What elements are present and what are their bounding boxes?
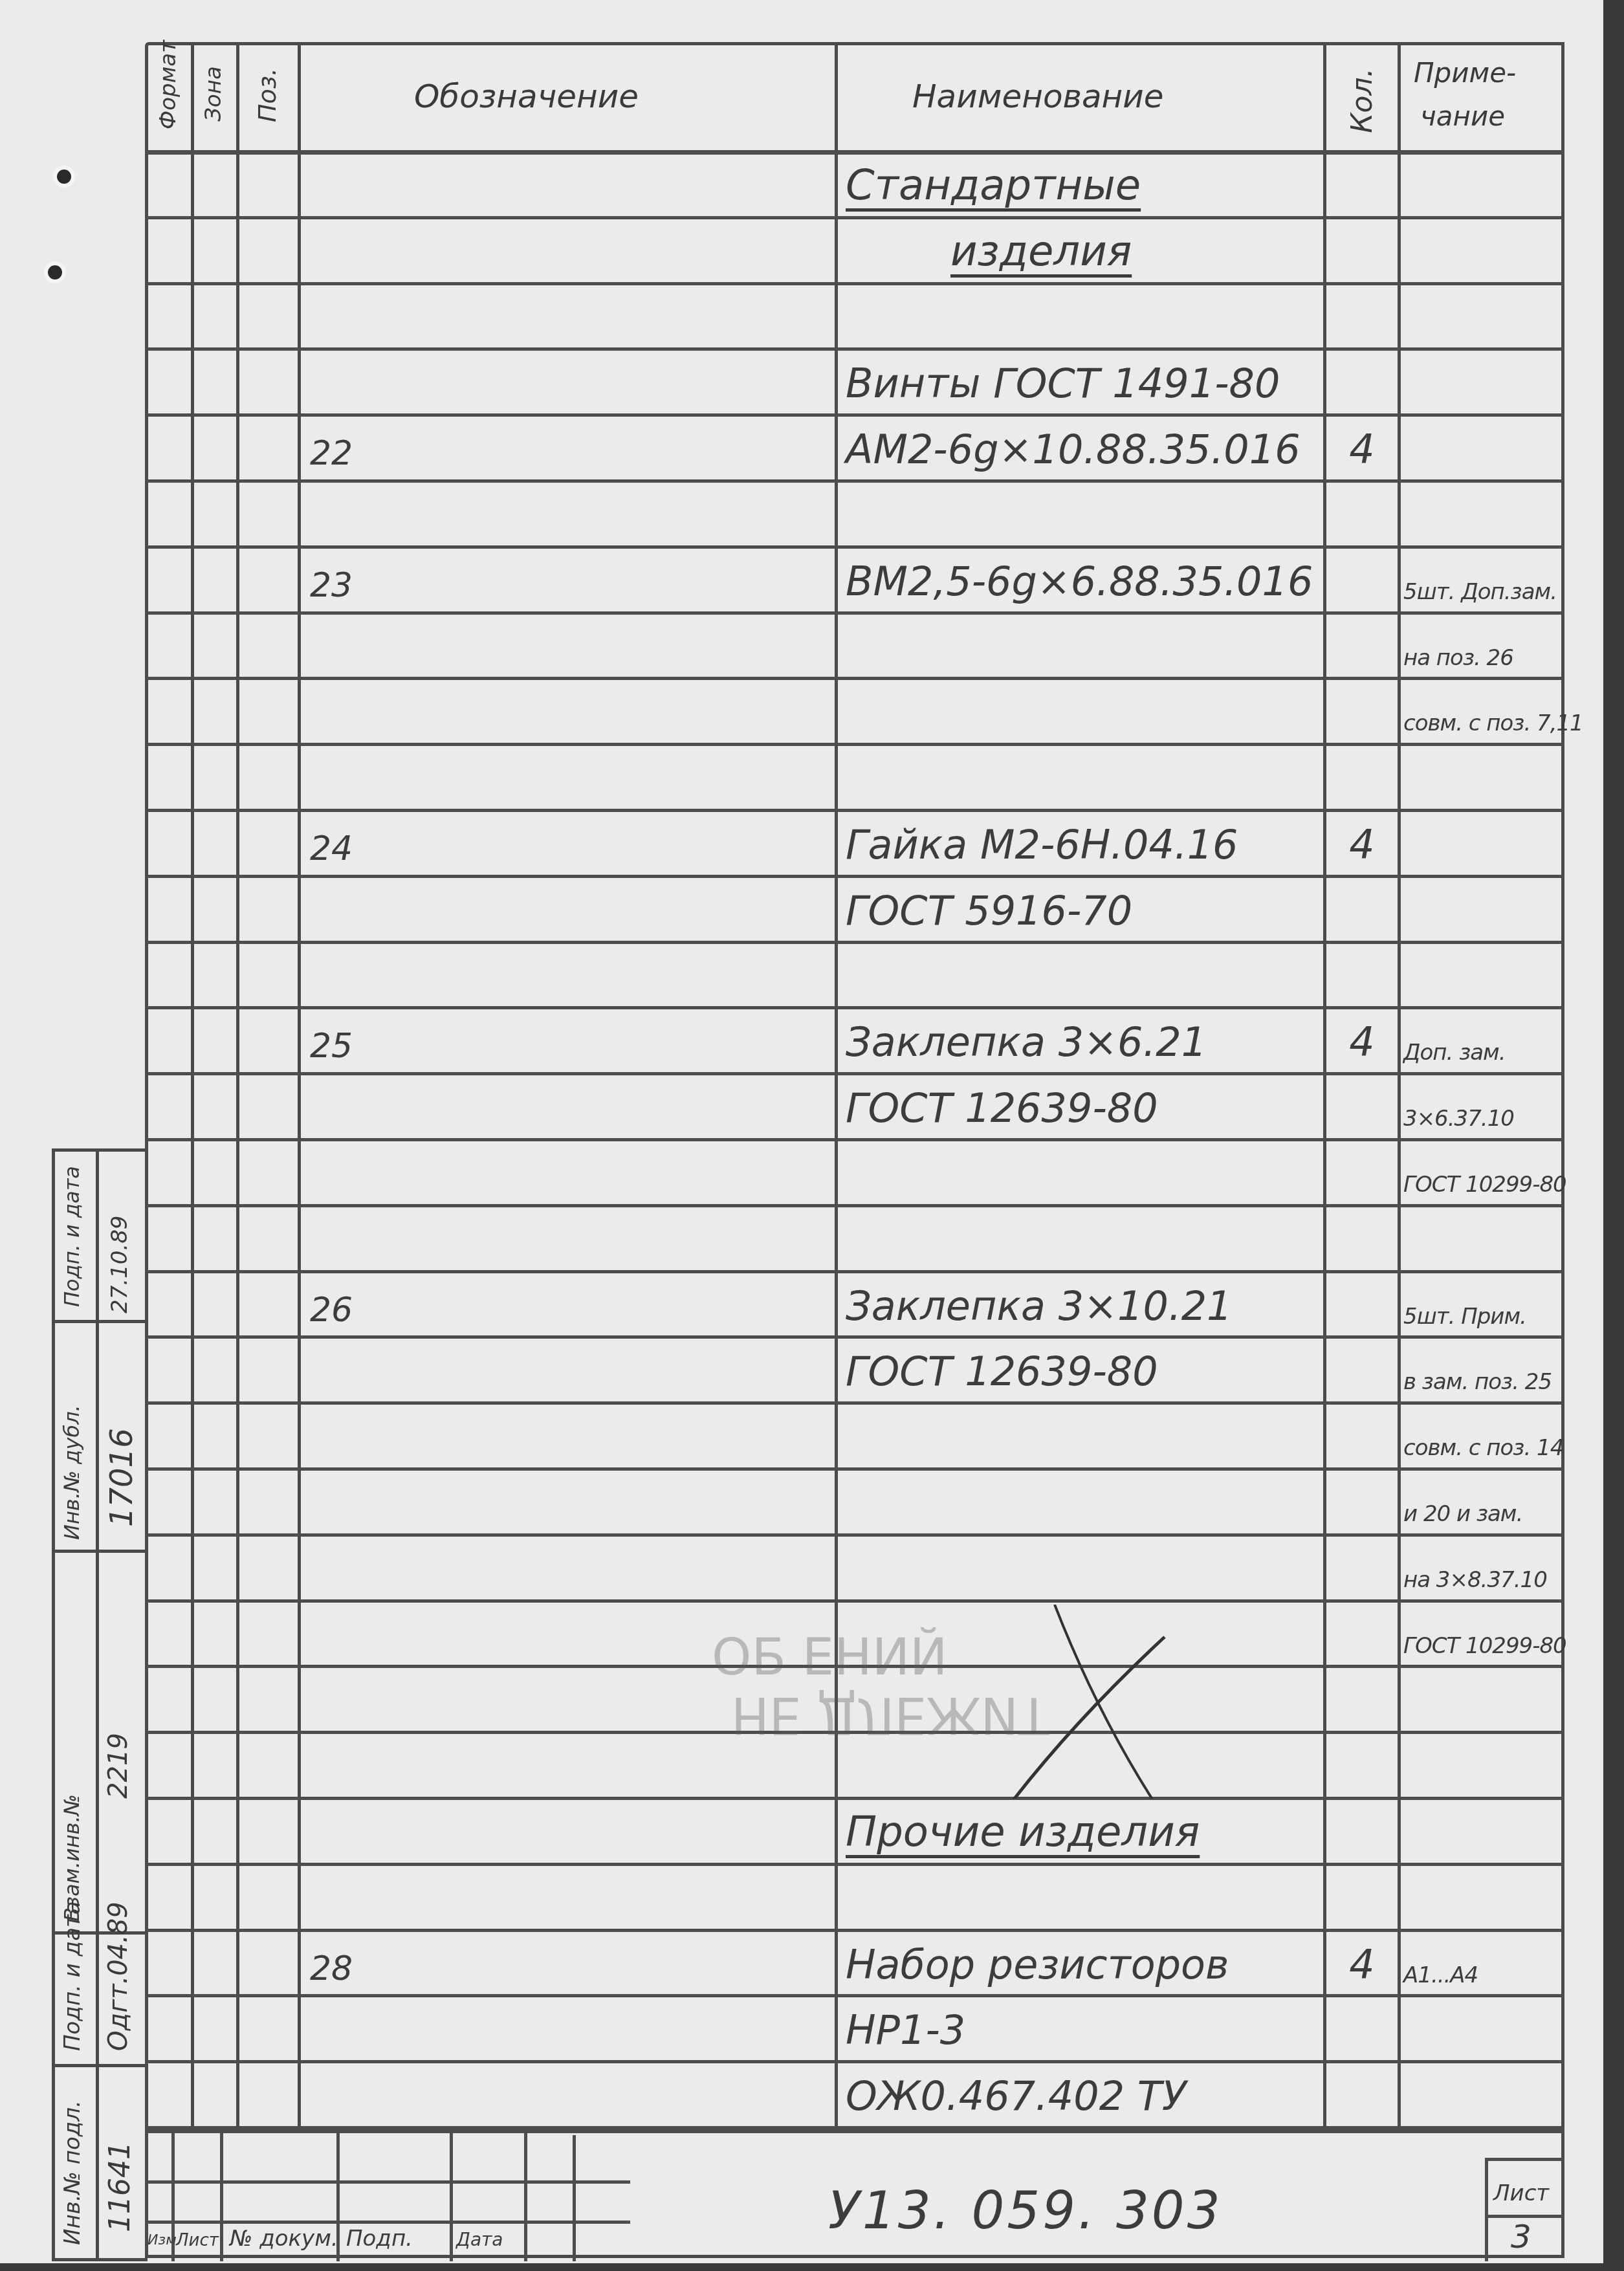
position-cell [301, 1996, 362, 2061]
side-value-replace-inv: 2219 [104, 1733, 133, 1799]
position-cell: 22 [301, 415, 362, 481]
note-cell [1401, 349, 1563, 415]
note-cell [1401, 415, 1563, 481]
quantity-cell [1326, 481, 1398, 547]
note-cell [1401, 1996, 1563, 2061]
name-cell: Заклепка 3×6.21 [840, 1008, 1322, 1073]
note-cell [1401, 218, 1563, 283]
table-row [148, 284, 1561, 349]
note-cell: Доп. зам. [1401, 1008, 1563, 1073]
name-cell [840, 1140, 1322, 1205]
position-cell: 24 [301, 811, 362, 876]
table-row: 26Заклепка 3×10.215шт. Прим. [148, 1272, 1561, 1337]
note-cell [1401, 152, 1563, 217]
quantity-cell [1326, 2062, 1398, 2127]
position-cell [301, 1865, 362, 1930]
position-cell [301, 284, 362, 349]
position-cell [301, 745, 362, 810]
title-block-row [145, 2180, 630, 2184]
quantity-cell: 4 [1326, 1931, 1398, 1996]
note-cell [1401, 2062, 1563, 2127]
note-cell [1401, 811, 1563, 876]
position-cell [301, 1140, 362, 1205]
header-position: Поз. [253, 60, 281, 131]
header-note-line1: Приме- [1414, 57, 1516, 89]
note-cell: и 20 и зам. [1401, 1469, 1563, 1535]
table-row: и 20 и зам. [148, 1469, 1561, 1535]
side-value-inv-dup: 17016 [104, 1428, 140, 1527]
table-row: ГОСТ 10299-80 [148, 1140, 1561, 1205]
side-strip-divider [96, 1148, 99, 2261]
quantity-cell [1326, 349, 1398, 415]
sheet-box-top [1485, 2158, 1564, 2161]
table-row [148, 1667, 1561, 1732]
quantity-cell [1326, 1667, 1398, 1732]
note-cell: ГОСТ 10299-80 [1401, 1140, 1563, 1205]
header-format: Формат [155, 58, 181, 129]
name-cell: изделия [840, 218, 1322, 283]
table-row: 28Набор резисторов4А1...А4 [148, 1931, 1561, 1996]
position-cell [301, 1733, 362, 1798]
quantity-cell [1326, 1206, 1398, 1271]
position-cell: 28 [301, 1931, 362, 1996]
position-cell [301, 1667, 362, 1732]
side-label-replace-inv: Взам.инв.№ [60, 1794, 84, 1922]
quantity-cell [1326, 152, 1398, 217]
title-label-signature: Подп. [346, 2226, 413, 2252]
name-cell [840, 1865, 1322, 1930]
position-cell [301, 613, 362, 679]
table-row: ГОСТ 12639-80в зам. поз. 25 [148, 1337, 1561, 1403]
quantity-cell [1326, 745, 1398, 810]
name-cell [840, 745, 1322, 810]
table-row: 22АМ2-6g×10.88.35.0164 [148, 415, 1561, 481]
table-row [148, 943, 1561, 1008]
table-row: изделия [148, 218, 1561, 283]
side-stamp-strip [52, 1148, 148, 2261]
note-cell: 5шт. Прим. [1401, 1272, 1563, 1337]
name-cell: ГОСТ 12639-80 [840, 1337, 1322, 1403]
position-cell [301, 679, 362, 744]
table-row: Прочие изделия [148, 1799, 1561, 1864]
position-cell [301, 1337, 362, 1403]
table-row [148, 1733, 1561, 1798]
quantity-cell [1326, 1601, 1398, 1667]
quantity-cell [1326, 1337, 1398, 1403]
table-row: 25Заклепка 3×6.214Доп. зам. [148, 1008, 1561, 1073]
note-cell [1401, 1667, 1563, 1732]
note-cell [1401, 481, 1563, 547]
name-cell: Стандартные [840, 152, 1322, 217]
note-cell [1401, 1733, 1563, 1798]
quantity-cell [1326, 679, 1398, 744]
sheet-label: Лист [1493, 2180, 1549, 2206]
name-cell: Заклепка 3×10.21 [840, 1272, 1322, 1337]
name-cell: НР1-3 [840, 1996, 1322, 2061]
title-label-doc-number: № докум. [230, 2226, 338, 2252]
note-cell: в зам. поз. 25 [1401, 1337, 1563, 1403]
quantity-cell [1326, 1469, 1398, 1535]
note-cell [1401, 1206, 1563, 1271]
note-cell [1401, 1865, 1563, 1930]
name-cell [840, 1601, 1322, 1667]
table-row: Стандартные [148, 152, 1561, 217]
header-qty: Кол. [1346, 59, 1379, 143]
note-cell: 3×6.37.10 [1401, 1074, 1563, 1139]
header-designation: Обозначение [414, 78, 639, 115]
table-row: ГОСТ 12639-803×6.37.10 [148, 1074, 1561, 1139]
name-cell [840, 1403, 1322, 1469]
quantity-cell: 4 [1326, 1008, 1398, 1073]
position-cell [301, 1601, 362, 1667]
name-cell: ВМ2,5-6g×6.88.35.016 [840, 547, 1322, 613]
name-cell: Гайка М2-6Н.04.16 [840, 811, 1322, 876]
name-cell [840, 1733, 1322, 1798]
name-cell: ОЖ0.467.402 ТУ [840, 2062, 1322, 2127]
punch-hole [48, 265, 62, 280]
header-note-line2: чание [1420, 100, 1505, 132]
title-label-sheet: Лист [176, 2231, 219, 2250]
position-cell [301, 1206, 362, 1271]
side-value-sign-date-2: 27.10.89 [107, 1216, 133, 1313]
quantity-cell: 4 [1326, 811, 1398, 876]
title-block-col [450, 2129, 453, 2261]
title-block-top [145, 2129, 1564, 2133]
name-cell [840, 943, 1322, 1008]
title-label-date: Дата [456, 2229, 503, 2250]
table-row: на поз. 26 [148, 613, 1561, 679]
table-row [148, 1206, 1561, 1271]
quantity-cell [1326, 877, 1398, 942]
table-row [148, 1865, 1561, 1930]
note-cell: на 3×8.37.10 [1401, 1535, 1563, 1601]
position-cell [301, 1799, 362, 1864]
note-cell [1401, 877, 1563, 942]
name-cell [840, 1206, 1322, 1271]
table-row [148, 481, 1561, 547]
document-designation: У13. 059. 303 [828, 2180, 1223, 2241]
quantity-cell [1326, 1403, 1398, 1469]
name-cell [840, 613, 1322, 679]
table-row: Винты ГОСТ 1491-80 [148, 349, 1561, 415]
name-cell: ГОСТ 5916-70 [840, 877, 1322, 942]
title-block-col [524, 2129, 527, 2261]
note-cell [1401, 284, 1563, 349]
side-label-inv-dup: Инв.№ дубл. [60, 1405, 84, 1540]
sheet-number: 3 [1511, 2218, 1531, 2255]
side-strip-cell-divider [52, 1320, 148, 1323]
title-block-row [145, 2221, 630, 2224]
note-cell: 5шт. Доп.зам. [1401, 547, 1563, 613]
quantity-cell [1326, 1074, 1398, 1139]
side-label-inv-orig: Инв.№ подл. [60, 2100, 85, 2245]
table-row: на 3×8.37.10 [148, 1535, 1561, 1601]
side-strip-cell-divider [52, 2064, 148, 2067]
position-cell: 25 [301, 1008, 362, 1073]
quantity-cell [1326, 613, 1398, 679]
position-cell [301, 877, 362, 942]
side-value-inv-orig: 11641 [104, 2142, 137, 2232]
name-cell [840, 679, 1322, 744]
position-cell [301, 1535, 362, 1601]
table-row: НР1-3 [148, 1996, 1561, 2061]
table-row: ГОСТ 5916-70 [148, 877, 1561, 942]
header-name: Наименование [912, 78, 1164, 115]
note-cell [1401, 745, 1563, 810]
name-cell: АМ2-6g×10.88.35.016 [840, 415, 1322, 481]
side-strip-cell-divider [52, 1550, 148, 1553]
quantity-cell [1326, 1865, 1398, 1930]
name-cell: Винты ГОСТ 1491-80 [840, 349, 1322, 415]
name-cell [840, 1535, 1322, 1601]
quantity-cell [1326, 1799, 1398, 1864]
note-cell: ГОСТ 10299-80 [1401, 1601, 1563, 1667]
name-cell [840, 284, 1322, 349]
position-cell [301, 1469, 362, 1535]
position-cell [301, 218, 362, 283]
quantity-cell [1326, 1535, 1398, 1601]
table-row [148, 745, 1561, 810]
position-cell [301, 152, 362, 217]
note-cell: А1...А4 [1401, 1931, 1563, 1996]
table-row: совм. с поз. 7,11 [148, 679, 1561, 744]
position-cell: 23 [301, 547, 362, 613]
header-zone: Зона [201, 58, 226, 129]
table-row: ОЖ0.467.402 ТУ [148, 2062, 1561, 2127]
side-label-sign-date-1: Подп. и дата [60, 1901, 85, 2051]
quantity-cell [1326, 547, 1398, 613]
quantity-cell [1326, 1996, 1398, 2061]
note-cell: совм. с поз. 14 [1401, 1403, 1563, 1469]
position-cell: 26 [301, 1272, 362, 1337]
quantity-cell [1326, 1272, 1398, 1337]
quantity-cell [1326, 218, 1398, 283]
name-cell: Прочие изделия [840, 1799, 1322, 1864]
table-row: ГОСТ 10299-80 [148, 1601, 1561, 1667]
position-cell [301, 1074, 362, 1139]
sheet-number-divider [1485, 2158, 1488, 2261]
punch-hole [57, 170, 71, 184]
side-value-sign-date-1: Одгт.04.89 [104, 1902, 133, 2051]
name-cell [840, 1667, 1322, 1732]
note-cell [1401, 1799, 1563, 1864]
note-cell: на поз. 26 [1401, 613, 1563, 679]
name-cell [840, 481, 1322, 547]
note-cell: совм. с поз. 7,11 [1401, 679, 1563, 744]
note-cell [1401, 943, 1563, 1008]
table-row: 23ВМ2,5-6g×6.88.35.0165шт. Доп.зам. [148, 547, 1561, 613]
side-label-sign-date-2: Подп. и дата [60, 1166, 84, 1307]
quantity-cell [1326, 284, 1398, 349]
quantity-cell [1326, 1140, 1398, 1205]
quantity-cell [1326, 943, 1398, 1008]
quantity-cell: 4 [1326, 415, 1398, 481]
table-row: 24Гайка М2-6Н.04.164 [148, 811, 1561, 876]
position-cell [301, 481, 362, 547]
position-cell [301, 943, 362, 1008]
position-cell [301, 349, 362, 415]
position-cell [301, 1403, 362, 1469]
table-row: совм. с поз. 14 [148, 1403, 1561, 1469]
position-cell [301, 2062, 362, 2127]
name-cell: ГОСТ 12639-80 [840, 1074, 1322, 1139]
name-cell: Набор резисторов [840, 1931, 1322, 1996]
title-block-col [220, 2129, 223, 2261]
quantity-cell [1326, 1733, 1398, 1798]
title-block-col [573, 2135, 576, 2261]
name-cell [840, 1469, 1322, 1535]
